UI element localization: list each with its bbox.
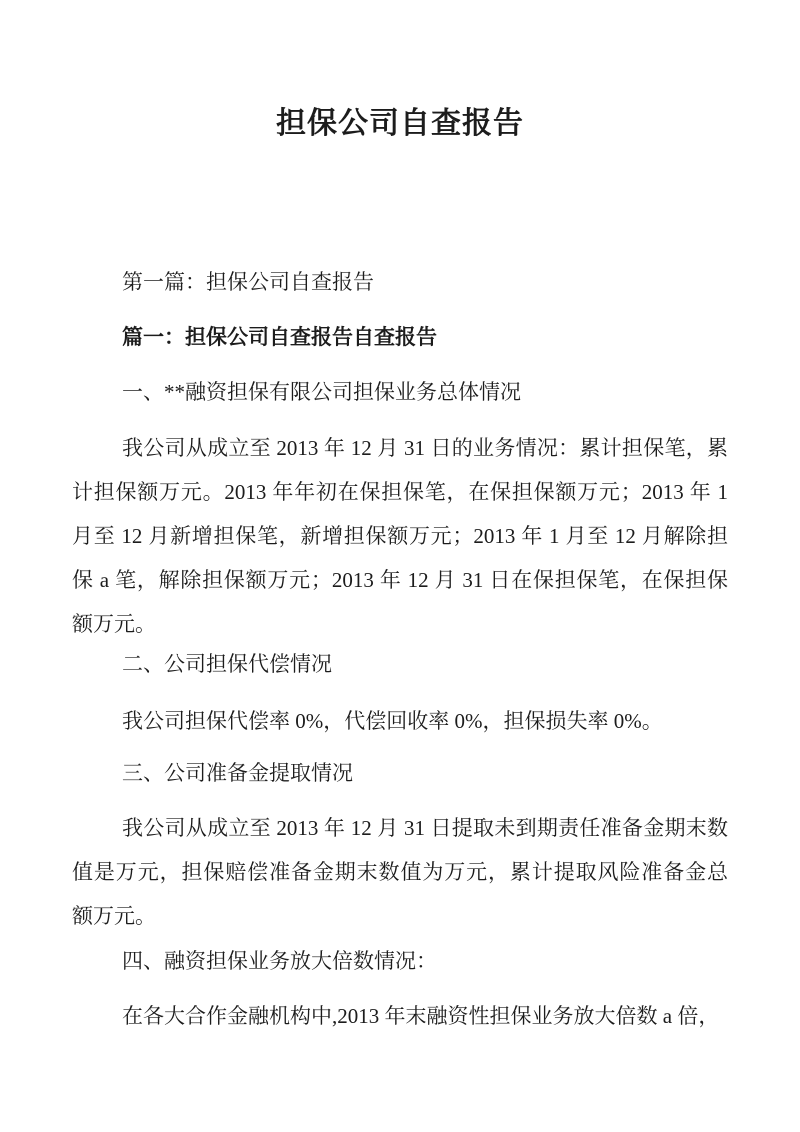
paragraph-line: 计担保额万元。2013 年年初在保担保笔，在保担保额万元；2013 年 1 [72,470,728,514]
chapter-heading: 篇一：担保公司自查报告自查报告 [72,315,728,359]
paragraph-line: 额万元。 [72,894,728,938]
section-4-paragraph: 在各大合作金融机构中,2013 年末融资性担保业务放大倍数 a 倍， [72,994,728,1038]
section-2-paragraph: 我公司担保代偿率 0%，代偿回收率 0%，担保损失率 0%。 [72,699,728,743]
paragraph-line: 我公司从成立至 2013 年 12 月 31 日的业务情况：累计担保笔，累 [72,426,728,470]
section-heading-3: 三、公司准备金提取情况 [72,751,728,795]
paragraph-line: 值是万元，担保赔偿准备金期末数值为万元，累计提取风险准备金总 [72,850,728,894]
paragraph-line: 我公司从成立至 2013 年 12 月 31 日提取未到期责任准备金期末数 [72,806,728,850]
section-heading-4: 四、融资担保业务放大倍数情况： [72,939,728,983]
paragraph-line: 月至 12 月新增担保笔，新增担保额万元；2013 年 1 月至 12 月解除担 [72,514,728,558]
document-page: 担保公司自查报告 第一篇：担保公司自查报告 篇一：担保公司自查报告自查报告 一、… [0,0,800,1132]
paragraph-line: 额万元。 [72,602,728,646]
section-heading-1: 一、**融资担保有限公司担保业务总体情况 [72,370,728,414]
section-1-paragraph: 我公司从成立至 2013 年 12 月 31 日的业务情况：累计担保笔，累 计担… [72,426,728,646]
section-heading-2: 二、公司担保代偿情况 [72,642,728,686]
section-3-paragraph: 我公司从成立至 2013 年 12 月 31 日提取未到期责任准备金期末数 值是… [72,806,728,938]
document-title: 担保公司自查报告 [72,98,728,150]
paragraph-line: 保 a 笔，解除担保额万元；2013 年 12 月 31 日在保担保笔，在保担保 [72,558,728,602]
part-heading: 第一篇：担保公司自查报告 [72,260,728,304]
